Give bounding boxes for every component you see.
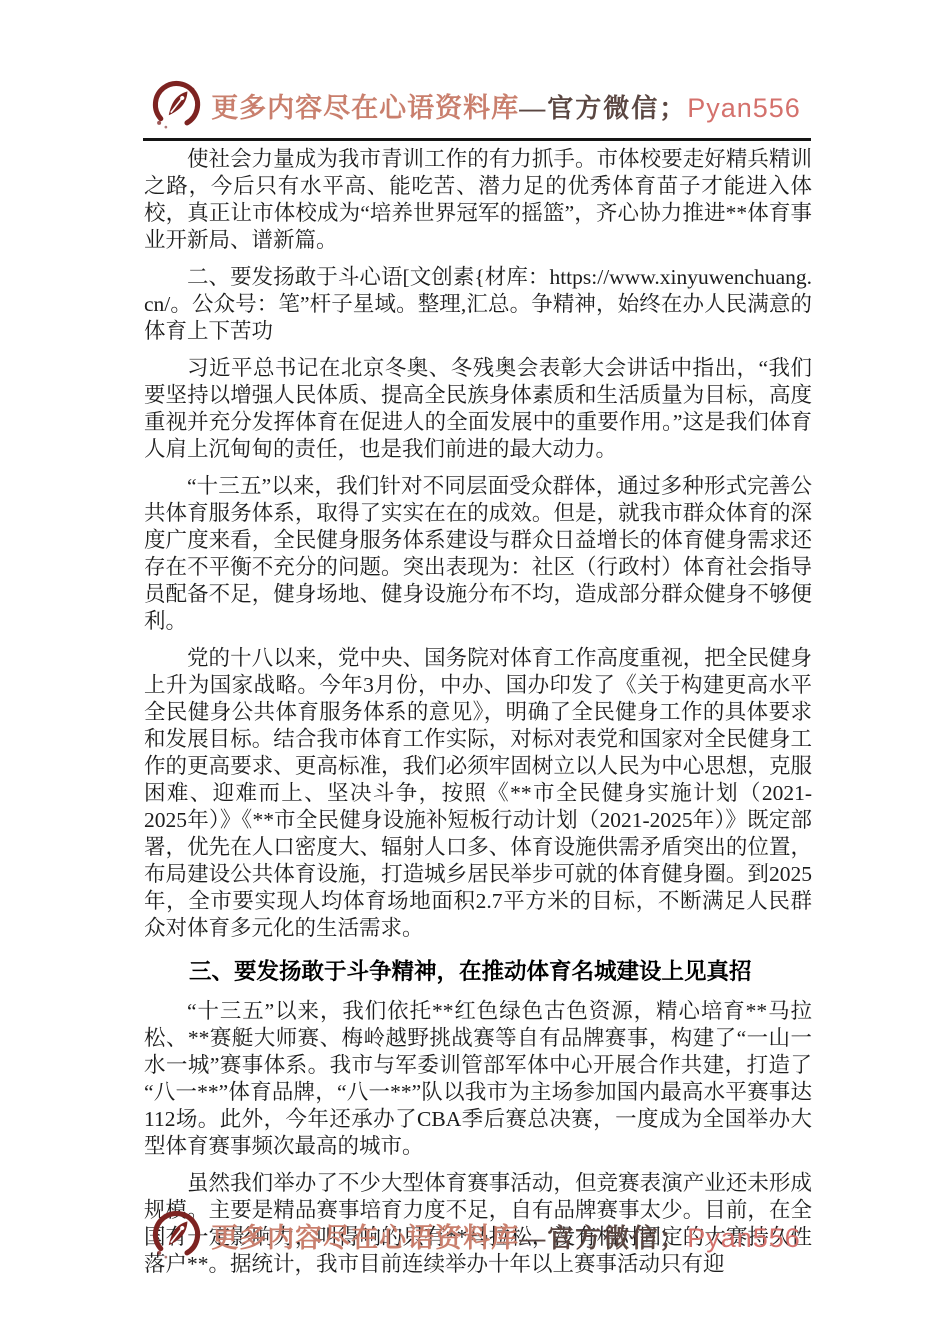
header-brand-text: 更多内容尽在心语资料库 xyxy=(211,93,519,123)
footer-wechat-id: Pyan556 xyxy=(687,1223,801,1253)
paragraph: 党的十八以来，党中央、国务院对体育工作高度重视，把全民健身上升为国家战略。今年3… xyxy=(144,645,812,942)
header-rule xyxy=(143,138,811,141)
header-brand-separator: —官方微信； xyxy=(519,94,687,123)
pen-nib-seal-icon xyxy=(149,79,203,138)
header-wechat-id: Pyan556 xyxy=(687,93,801,123)
paragraph-watermark-insert: 二、要发扬敢于斗心语[文创素{材库：https://www.xinyuwench… xyxy=(144,264,812,345)
pen-nib-seal-icon xyxy=(149,1209,203,1268)
paragraph: 使社会力量成为我市青训工作的有力抓手。市体校要走好精兵精训之路，今后只有水平高、… xyxy=(144,146,812,254)
footer-brand: 更多内容尽在心语资料库—官方微信；Pyan556 xyxy=(0,1210,950,1266)
footer-brand-separator: —官方微信； xyxy=(519,1224,687,1253)
paragraph: 习近平总书记在北京冬奥、冬残奥会表彰大会讲话中指出，“我们要坚持以增强人民体质、… xyxy=(144,355,812,463)
header-brand: 更多内容尽在心语资料库—官方微信；Pyan556 xyxy=(0,80,950,136)
paragraph: “十三五”以来，我们依托**红色绿色古色资源，精心培育**马拉松、**赛艇大师赛… xyxy=(144,998,812,1160)
section-heading-three: 三、要发扬敢于斗争精神，在推动体育名城建设上见真招 xyxy=(144,958,812,986)
footer-brand-text: 更多内容尽在心语资料库 xyxy=(211,1223,519,1253)
document-body: 使社会力量成为我市青训工作的有力抓手。市体校要走好精兵精训之路，今后只有水平高、… xyxy=(144,146,812,1288)
paragraph: “十三五”以来，我们针对不同层面受众群体，通过多种形式完善公共体育服务体系，取得… xyxy=(144,473,812,635)
document-page: 更多内容尽在心语资料库—官方微信；Pyan556 使社会力量成为我市青训工作的有… xyxy=(0,0,950,1344)
